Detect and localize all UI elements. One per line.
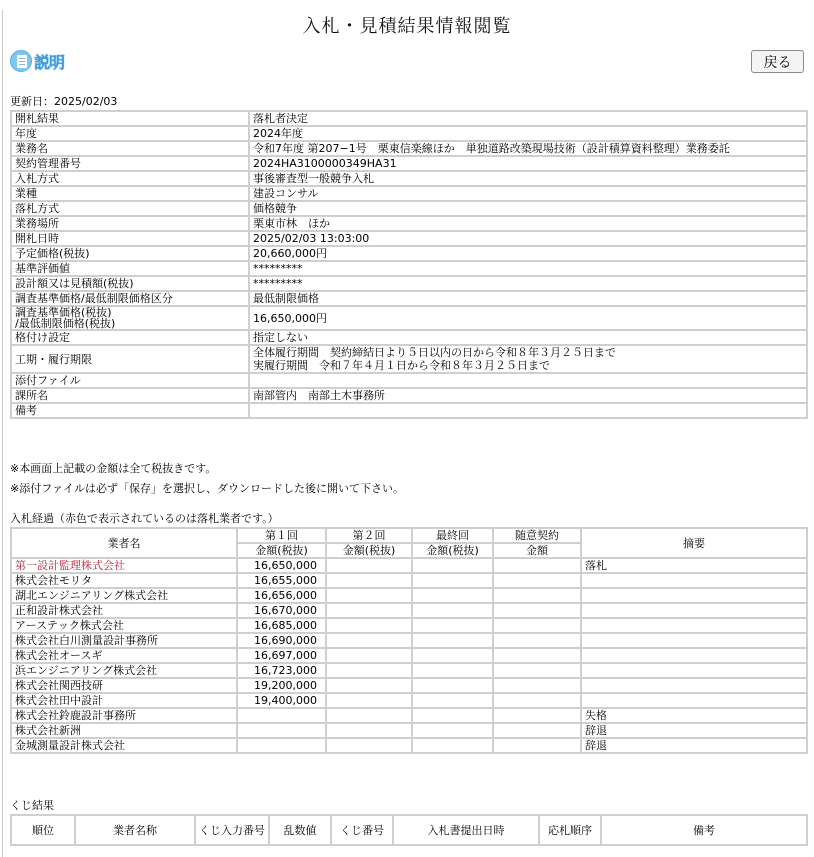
info-label: 調査基準価格(税抜)/最低制限価格(税抜): [11, 306, 249, 330]
info-value: *********: [249, 276, 807, 291]
info-value: 栗東市林 ほか: [249, 216, 807, 231]
back-button[interactable]: 戻る: [751, 50, 804, 73]
bid-round1: 16,723,000: [237, 663, 326, 678]
bid-remarks: [581, 648, 807, 663]
bid-round2: [326, 723, 412, 738]
info-row: 設計額又は見積額(税抜)*********: [11, 276, 807, 291]
bid-remarks: [581, 603, 807, 618]
bid-round1: [237, 723, 326, 738]
bid-round1: [237, 738, 326, 753]
bid-round1: 16,655,000: [237, 573, 326, 588]
info-label: 業務名: [11, 141, 249, 156]
bid-final: [412, 678, 493, 693]
info-row: 業務場所栗東市林 ほか: [11, 216, 807, 231]
info-label: 添付ファイル: [11, 373, 249, 388]
info-row: 備考: [11, 403, 807, 418]
bid-row: 浜エンジニアリング株式会社16,723,000: [11, 663, 807, 678]
bid-round2: [326, 708, 412, 723]
bid-row: 株式会社関西技研19,200,000: [11, 678, 807, 693]
info-value: 2025/02/03 13:03:00: [249, 231, 807, 246]
header-final: 最終回: [412, 528, 493, 543]
bid-round2: [326, 573, 412, 588]
header-negotiated: 随意契約: [493, 528, 581, 543]
info-row: 年度2024年度: [11, 126, 807, 141]
bid-negotiated: [493, 738, 581, 753]
bid-company: 第一設計監理株式会社: [11, 558, 237, 573]
bid-round2: [326, 603, 412, 618]
page-title: 入札・見積結果情報閲覧: [0, 12, 814, 38]
info-label: 業務場所: [11, 216, 249, 231]
info-value: 落札者決定: [249, 111, 807, 126]
bid-history-heading: 入札経過（赤色で表示されているのは落札業者です。）: [10, 510, 279, 526]
info-value-line: 実履行期間 令和７年４月１日から令和８年３月２５日まで: [253, 359, 803, 372]
header-final-amount: 金額(税抜): [412, 543, 493, 558]
info-row: 工期・履行期限全体履行期間 契約締結日より５日以内の日から令和８年３月２５日まで…: [11, 345, 807, 373]
info-value: 建設コンサル: [249, 186, 807, 201]
bid-negotiated: [493, 708, 581, 723]
bid-round1: 16,650,000: [237, 558, 326, 573]
info-value: 最低制限価格: [249, 291, 807, 306]
info-value: 20,660,000円: [249, 246, 807, 261]
bid-company: 株式会社白川測量設計事務所: [11, 633, 237, 648]
info-value: 事後審査型一般競争入札: [249, 171, 807, 186]
info-value: *********: [249, 261, 807, 276]
bid-final: [412, 663, 493, 678]
bid-row: アーステック株式会社16,685,000: [11, 618, 807, 633]
info-label: 年度: [11, 126, 249, 141]
bid-round2: [326, 693, 412, 708]
bid-final: [412, 633, 493, 648]
bid-final: [412, 648, 493, 663]
bid-row: 株式会社新洲辞退: [11, 723, 807, 738]
info-value-line: 全体履行期間 契約締結日より５日以内の日から令和８年３月２５日まで: [253, 346, 803, 359]
bid-round1: 16,697,000: [237, 648, 326, 663]
info-label: 予定価格(税抜): [11, 246, 249, 261]
lottery-header: くじ入力番号: [195, 815, 269, 845]
info-value: 全体履行期間 契約締結日より５日以内の日から令和８年３月２５日まで実履行期間 令…: [249, 345, 807, 373]
header-company: 業者名: [11, 528, 237, 558]
info-value: 南部管内 南部土木事務所: [249, 388, 807, 403]
info-value: [249, 403, 807, 418]
info-label: 業種: [11, 186, 249, 201]
info-value: 2024HA3100000349HA31: [249, 156, 807, 171]
bid-row: 正和設計株式会社16,670,000: [11, 603, 807, 618]
bid-row: 株式会社モリタ16,655,000: [11, 573, 807, 588]
bid-round2: [326, 648, 412, 663]
bid-final: [412, 573, 493, 588]
info-value: 2024年度: [249, 126, 807, 141]
bid-negotiated: [493, 558, 581, 573]
info-row: 業種建設コンサル: [11, 186, 807, 201]
bid-company: 株式会社鈴鹿設計事務所: [11, 708, 237, 723]
tax-note: ※本画面上記載の金額は全て税抜きです。: [10, 460, 216, 476]
info-row: 課所名南部管内 南部土木事務所: [11, 388, 807, 403]
info-label: 入札方式: [11, 171, 249, 186]
lottery-result-table: 順位業者名称くじ入力番号乱数値くじ番号入札書提出日時応札順序備考: [10, 814, 808, 846]
bid-round2: [326, 558, 412, 573]
bid-remarks: 辞退: [581, 738, 807, 753]
bid-remarks: [581, 573, 807, 588]
bid-company: 浜エンジニアリング株式会社: [11, 663, 237, 678]
bid-round2: [326, 633, 412, 648]
bid-final: [412, 618, 493, 633]
explain-label: 説明: [34, 50, 64, 73]
bid-round1: 19,400,000: [237, 693, 326, 708]
header-negotiated-amount: 金額: [493, 543, 581, 558]
bid-final: [412, 693, 493, 708]
bid-negotiated: [493, 648, 581, 663]
bid-round2: [326, 588, 412, 603]
bid-row: 株式会社オースギ16,697,000: [11, 648, 807, 663]
bid-round1: 19,200,000: [237, 678, 326, 693]
info-row: 基準評価値*********: [11, 261, 807, 276]
bid-row: 湖北エンジニアリング株式会社16,656,000: [11, 588, 807, 603]
header-round2-amount: 金額(税抜): [326, 543, 412, 558]
bid-final: [412, 588, 493, 603]
bid-row: 金城測量設計株式会社辞退: [11, 738, 807, 753]
info-label: 開札結果: [11, 111, 249, 126]
info-label: 備考: [11, 403, 249, 418]
bid-negotiated: [493, 678, 581, 693]
info-value: 指定しない: [249, 330, 807, 345]
bid-row: 株式会社白川測量設計事務所16,690,000: [11, 633, 807, 648]
document-icon: [10, 50, 32, 72]
info-row: 開札日時2025/02/03 13:03:00: [11, 231, 807, 246]
bid-round2: [326, 678, 412, 693]
info-label: 格付け設定: [11, 330, 249, 345]
info-label: 落札方式: [11, 201, 249, 216]
bid-round2: [326, 738, 412, 753]
bid-round1: [237, 708, 326, 723]
bid-negotiated: [493, 693, 581, 708]
bid-remarks: [581, 678, 807, 693]
bid-remarks: [581, 588, 807, 603]
bid-remarks: 失格: [581, 708, 807, 723]
bid-negotiated: [493, 618, 581, 633]
bid-remarks: [581, 663, 807, 678]
bid-row: 株式会社田中設計19,400,000: [11, 693, 807, 708]
bid-history-table: 業者名 第１回 第２回 最終回 随意契約 摘要 金額(税抜) 金額(税抜) 金額…: [10, 527, 808, 754]
bid-company: 湖北エンジニアリング株式会社: [11, 588, 237, 603]
lottery-header: 入札書提出日時: [393, 815, 539, 845]
bid-final: [412, 558, 493, 573]
bid-final: [412, 603, 493, 618]
bid-row: 株式会社鈴鹿設計事務所失格: [11, 708, 807, 723]
info-label: 課所名: [11, 388, 249, 403]
info-label: 契約管理番号: [11, 156, 249, 171]
info-label: 開札日時: [11, 231, 249, 246]
header-round1-amount: 金額(税抜): [237, 543, 326, 558]
bid-company: アーステック株式会社: [11, 618, 237, 633]
info-row: 調査基準価格(税抜)/最低制限価格(税抜)16,650,000円: [11, 306, 807, 330]
bid-round1: 16,685,000: [237, 618, 326, 633]
bid-negotiated: [493, 663, 581, 678]
bid-company: 株式会社オースギ: [11, 648, 237, 663]
bid-round2: [326, 618, 412, 633]
bid-remarks: [581, 693, 807, 708]
bid-final: [412, 738, 493, 753]
bid-company: 株式会社田中設計: [11, 693, 237, 708]
bid-round1: 16,670,000: [237, 603, 326, 618]
info-row: 落札方式価格競争: [11, 201, 807, 216]
explain-link[interactable]: 説明: [10, 49, 64, 73]
bid-company: 正和設計株式会社: [11, 603, 237, 618]
bid-row: 第一設計監理株式会社16,650,000落札: [11, 558, 807, 573]
header-round2: 第２回: [326, 528, 412, 543]
bid-remarks: 辞退: [581, 723, 807, 738]
info-row: 契約管理番号2024HA3100000349HA31: [11, 156, 807, 171]
info-label: 設計額又は見積額(税抜): [11, 276, 249, 291]
bid-remarks: [581, 618, 807, 633]
bid-final: [412, 723, 493, 738]
bid-round1: 16,690,000: [237, 633, 326, 648]
bid-remarks: 落札: [581, 558, 807, 573]
bid-round1: 16,656,000: [237, 588, 326, 603]
bid-company: 株式会社モリタ: [11, 573, 237, 588]
bid-final: [412, 708, 493, 723]
bid-negotiated: [493, 633, 581, 648]
info-value: 令和7年度 第207−1号 栗東信楽線ほか 単独道路改築現場技術（設計積算資料整…: [249, 141, 807, 156]
info-value: 価格競争: [249, 201, 807, 216]
page-left-border: [2, 10, 3, 857]
bid-remarks: [581, 633, 807, 648]
lottery-header: くじ番号: [331, 815, 393, 845]
info-label-line: /最低制限価格(税抜): [15, 318, 245, 329]
bid-negotiated: [493, 573, 581, 588]
lottery-header: 応札順序: [539, 815, 601, 845]
header-remarks: 摘要: [581, 528, 807, 558]
bid-company: 金城測量設計株式会社: [11, 738, 237, 753]
lottery-header: 備考: [601, 815, 807, 845]
info-row: 開札結果落札者決定: [11, 111, 807, 126]
info-label: 調査基準価格/最低制限価格区分: [11, 291, 249, 306]
info-value: 16,650,000円: [249, 306, 807, 330]
bid-negotiated: [493, 588, 581, 603]
tender-info-table: 開札結果落札者決定年度2024年度業務名令和7年度 第207−1号 栗東信楽線ほ…: [10, 110, 808, 419]
lottery-heading: くじ結果: [10, 797, 54, 813]
bid-round2: [326, 663, 412, 678]
info-row: 調査基準価格/最低制限価格区分最低制限価格: [11, 291, 807, 306]
bid-company: 株式会社関西技研: [11, 678, 237, 693]
bid-negotiated: [493, 723, 581, 738]
info-row: 格付け設定指定しない: [11, 330, 807, 345]
info-row: 入札方式事後審査型一般競争入札: [11, 171, 807, 186]
bid-negotiated: [493, 603, 581, 618]
info-row: 予定価格(税抜)20,660,000円: [11, 246, 807, 261]
info-label: 基準評価値: [11, 261, 249, 276]
info-row: 業務名令和7年度 第207−1号 栗東信楽線ほか 単独道路改築現場技術（設計積算…: [11, 141, 807, 156]
bid-company: 株式会社新洲: [11, 723, 237, 738]
lottery-header: 乱数値: [269, 815, 331, 845]
info-row: 添付ファイル: [11, 373, 807, 388]
lottery-header: 業者名称: [75, 815, 195, 845]
header-round1: 第１回: [237, 528, 326, 543]
info-value: [249, 373, 807, 388]
lottery-header: 順位: [11, 815, 75, 845]
info-label: 工期・履行期限: [11, 345, 249, 373]
attachment-note: ※添付ファイルは必ず「保存」を選択し、ダウンロードした後に開いて下さい。: [10, 480, 404, 496]
updated-date: 更新日：2025/02/03: [10, 93, 117, 109]
